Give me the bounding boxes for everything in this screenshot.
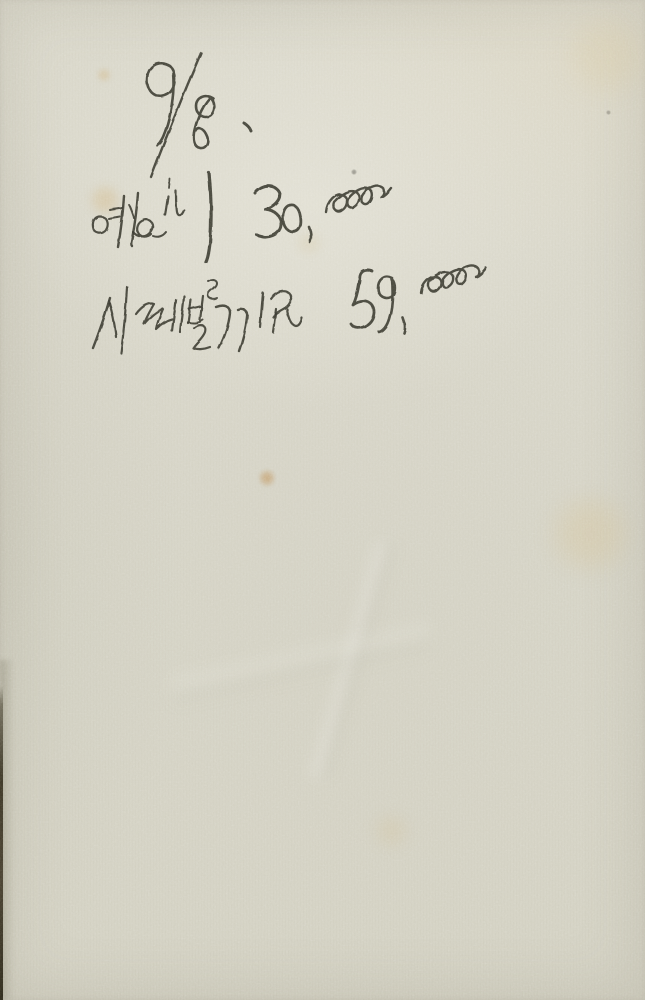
handwriting-separator-1 — [206, 173, 211, 262]
handwriting-date — [147, 53, 251, 177]
handwriting-amount-1 — [255, 186, 391, 242]
handwriting-amount-2 — [351, 265, 486, 333]
handwriting-item-1 — [93, 179, 184, 247]
handwriting-layer — [0, 0, 645, 1000]
notebook-page — [0, 0, 645, 1000]
handwriting-item-2 — [93, 280, 302, 353]
